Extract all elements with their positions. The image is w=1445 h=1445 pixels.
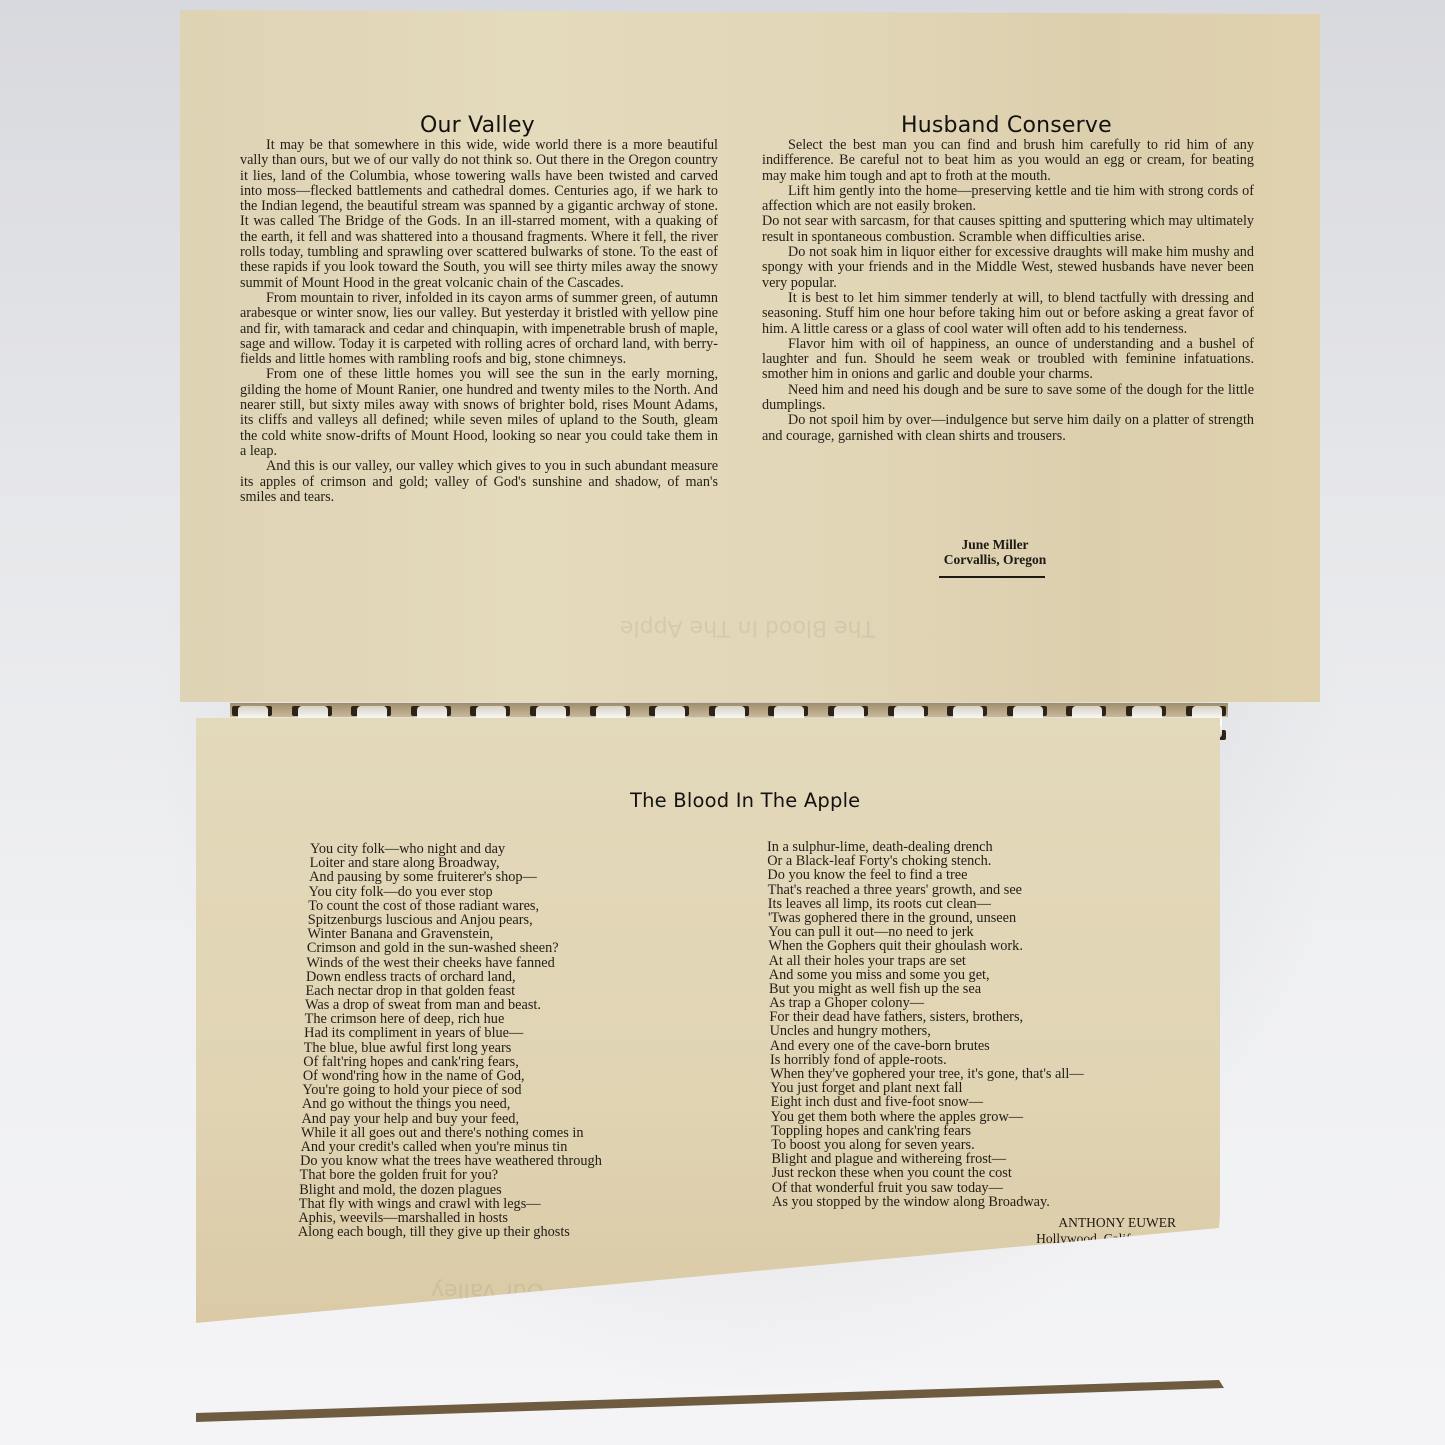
poem-line: Spitzenburgs luscious and Anjou pears,: [308, 913, 602, 927]
poem-line: That bore the golden fruit for you?: [300, 1168, 602, 1182]
show-through-title: The Blood In The Apple: [620, 615, 875, 640]
husband-conserve-paragraph: Lift him gently into the home—preserving…: [762, 184, 1254, 215]
husband-conserve-paragraph: Flavor him with oil of happiness, an oun…: [762, 337, 1254, 383]
poem-line: Down endless tracts of orchard land,: [306, 970, 602, 984]
poem-line: Aphis, weevils—marshalled in hosts: [298, 1211, 602, 1225]
poem-line: Each nectar drop in that golden feast: [306, 984, 602, 998]
husband-conserve-paragraph: Do not soak him in liquor either for exc…: [762, 245, 1254, 291]
poem-line: Blight and mold, the dozen plagues: [299, 1183, 602, 1197]
poem-line: Do you know what the trees have weathere…: [300, 1154, 602, 1168]
poem-line: And go without the things you need,: [302, 1097, 602, 1111]
top-page: The Blood In The Apple Our Valley It may…: [180, 10, 1320, 702]
poem-line: Had its compliment in years of blue—: [304, 1026, 602, 1040]
poem-line: You can pull it out—no need to jerk: [768, 925, 1083, 939]
poem-line: The blue, blue awful first long years: [304, 1041, 602, 1055]
our-valley-paragraph: From one of these little homes you will …: [240, 367, 718, 459]
poem-line: Just reckon these when you count the cos…: [772, 1166, 1084, 1180]
poem-line: To boost you along for seven years.: [771, 1138, 1083, 1152]
husband-conserve-text: Select the best man you can find and bru…: [762, 138, 1254, 444]
poem-line: When they've gophered your tree, it's go…: [770, 1067, 1083, 1081]
poem-line: Eight inch dust and five-foot snow—: [771, 1095, 1084, 1109]
poem-line: Is horribly fond of apple-roots.: [770, 1053, 1084, 1067]
our-valley-paragraph: From mountain to river, infolded in its …: [240, 291, 718, 367]
poem-line: Along each bough, till they give up thei…: [298, 1225, 602, 1239]
poem-line: And every one of the cave-born brutes: [770, 1039, 1084, 1053]
poem-line: Was a drop of sweat from man and beast.: [305, 998, 602, 1012]
poem-author: ANTHONY EUWER: [976, 1215, 1176, 1230]
husband-conserve-author: June Miller: [880, 537, 1110, 552]
poem-line: Or a Black-leaf Forty's choking stench.: [767, 854, 1083, 868]
poem-left-column: You city folk—who night and dayLoiter an…: [310, 842, 602, 1239]
signature-rule: [939, 576, 1045, 578]
poem-line: To count the cost of those radiant wares…: [308, 899, 602, 913]
husband-conserve-title: Husband Conserve: [901, 113, 1112, 138]
husband-conserve-paragraph: Do not spoil him by over—indulgence but …: [762, 413, 1254, 444]
poem-line: And your credit's called when you're min…: [301, 1140, 602, 1154]
poem-line: And some you miss and some you get,: [769, 968, 1084, 982]
poem-line: Uncles and hungry mothers,: [770, 1024, 1084, 1038]
poem-line: And pay your help and buy your feed,: [301, 1112, 601, 1126]
our-valley-text: It may be that somewhere in this wide, w…: [240, 138, 718, 505]
husband-conserve-paragraph: Select the best man you can find and bru…: [762, 138, 1254, 184]
poem-line: You get them both where the apples grow—: [771, 1110, 1084, 1124]
poem-line: Of wond'ring how in the name of God,: [303, 1069, 602, 1083]
poem-right-column: In a sulphur-lime, death-dealing drenchO…: [767, 840, 1084, 1209]
poem-line: While it all goes out and there's nothin…: [301, 1126, 602, 1140]
poem-line: But you might as well fish up the sea: [769, 982, 1084, 996]
poem-line: And pausing by some fruiterer's shop—: [309, 870, 602, 884]
poem-line: You just forget and plant next fall: [770, 1081, 1083, 1095]
poem-line: In a sulphur-lime, death-dealing drench: [767, 840, 1084, 854]
poem-line: As trap a Ghoper colony—: [769, 996, 1083, 1010]
poem-line: The crimson here of deep, rich hue: [305, 1012, 602, 1026]
our-valley-paragraph: It may be that somewhere in this wide, w…: [240, 138, 718, 291]
poem-line: That fly with wings and crawl with legs—: [299, 1197, 602, 1211]
poem-line: Winds of the west their cheeks have fann…: [306, 956, 601, 970]
poem-line: Crimson and gold in the sun-washed sheen…: [307, 941, 602, 955]
blood-in-apple-title: The Blood In The Apple: [630, 789, 860, 812]
poem-line: As you stopped by the window along Broad…: [772, 1195, 1084, 1209]
husband-conserve-location: Corvallis, Oregon: [880, 552, 1110, 567]
poem-line: You city folk—who night and day: [310, 842, 602, 856]
poem-line: For their dead have fathers, sisters, br…: [769, 1010, 1083, 1024]
poem-line: When the Gophers quit their ghoulash wor…: [768, 939, 1083, 953]
poem-line: Do you know the feel to find a tree: [767, 868, 1083, 882]
poem-line: Winter Banana and Gravenstein,: [307, 927, 602, 941]
husband-conserve-paragraph: It is best to let him simmer tenderly at…: [762, 291, 1254, 337]
poem-line: You city folk—do you ever stop: [309, 885, 602, 899]
poem-line: Its leaves all limp, its roots cut clean…: [768, 897, 1084, 911]
poem-line: You're going to hold your piece of sod: [302, 1083, 601, 1097]
poem-line: At all their holes your traps are set: [769, 954, 1084, 968]
husband-conserve-paragraph: Do not sear with sarcasm, for that cause…: [762, 214, 1254, 245]
poem-line: Blight and plague and withereing frost—: [771, 1152, 1083, 1166]
our-valley-title: Our Valley: [420, 113, 535, 138]
poem-line: Of falt'ring hopes and cank'ring fears,: [303, 1055, 602, 1069]
poem-line: Loiter and stare along Broadway,: [310, 856, 602, 870]
poem-line: That's reached a three years' growth, an…: [768, 883, 1084, 897]
poem-line: Toppling hopes and cank'ring fears: [771, 1124, 1084, 1138]
poem-line: Of that wonderful fruit you saw today—: [772, 1181, 1084, 1195]
husband-conserve-paragraph: Need him and need his dough and be sure …: [762, 383, 1254, 414]
our-valley-paragraph: And this is our valley, our valley which…: [240, 459, 718, 505]
poem-line: 'Twas gophered there in the ground, unse…: [768, 911, 1084, 925]
